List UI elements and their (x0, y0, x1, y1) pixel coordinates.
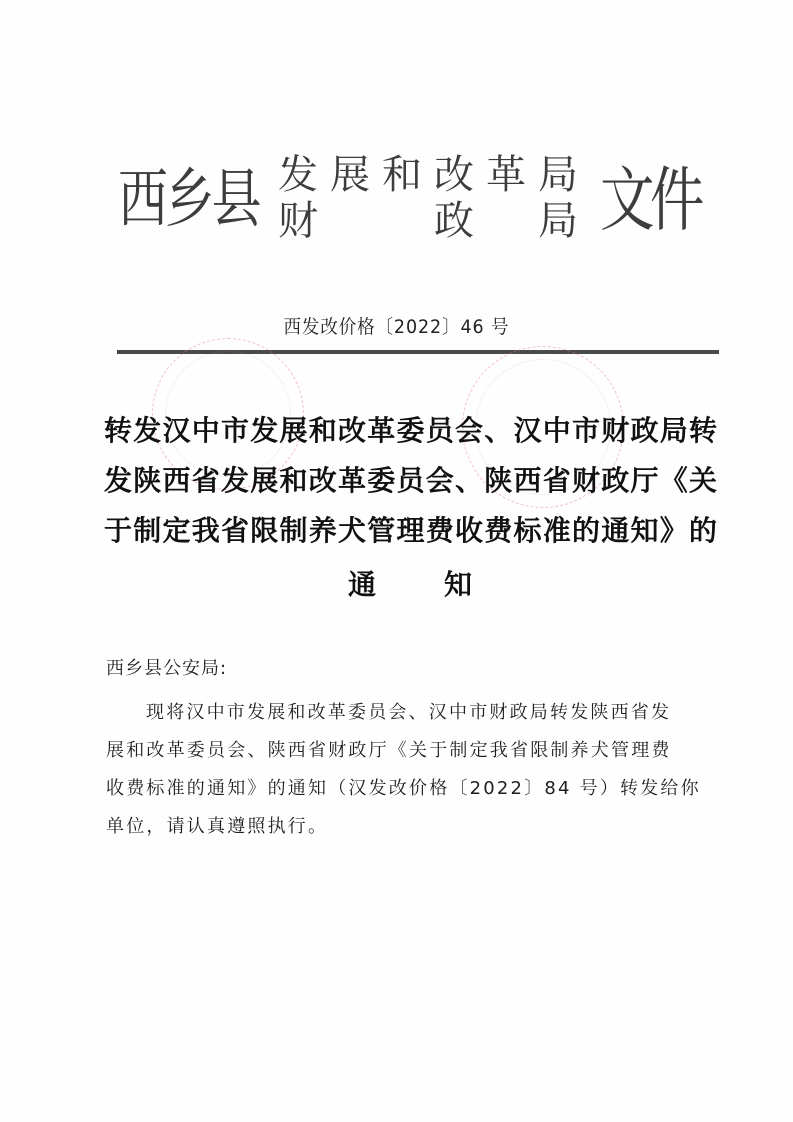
title-line: 于制定我省限制养犬管理费收费标准的通知》的 (104, 506, 716, 556)
masthead-county: 西乡县 (118, 160, 258, 240)
addressee: 西乡县公安局: (106, 650, 706, 688)
title-sub-char: 知 (444, 560, 472, 610)
masthead-separator-rule (117, 350, 719, 354)
masthead-char: 和 (382, 152, 422, 198)
masthead-row-finance: 财 政 局 (278, 198, 578, 244)
title-line: 转发汉中市发展和改革委员会、汉中市财政局转 (104, 406, 716, 456)
masthead-char: 政 (434, 198, 474, 244)
document-title: 转发汉中市发展和改革委员会、汉中市财政局转 发陕西省发展和改革委员会、陕西省财政… (104, 406, 716, 610)
title-sub-char: 通 (348, 560, 376, 610)
body-paragraph: 现将汉中市发展和改革委员会、汉中市财政局转发陕西省发 展和改革委员会、陕西省财政… (106, 694, 706, 846)
masthead-char: 革 (486, 152, 526, 198)
masthead-char: 局 (538, 152, 578, 198)
masthead-char (330, 198, 370, 244)
masthead-document-label: 文件 (600, 158, 700, 242)
document-number: 西发改价格〔2022〕46 号 (32, 312, 762, 339)
masthead: 西乡县 发 展 和 改 革 局 财 政 局 文件 (118, 152, 718, 252)
paragraph-line: 展和改革委员会、陕西省财政厅《关于制定我省限制养犬管理费 (106, 732, 706, 770)
title-line: 发陕西省发展和改革委员会、陕西省财政厅《关 (104, 456, 716, 506)
paragraph-line: 收费标准的通知》的通知（汉发改价格〔2022〕84 号）转发给你 (106, 770, 706, 808)
masthead-char: 局 (538, 198, 578, 244)
title-notice-label: 通 知 (104, 560, 716, 610)
paragraph-line: 单位，请认真遵照执行。 (106, 808, 706, 846)
masthead-char: 发 (278, 152, 318, 198)
masthead-char: 财 (278, 198, 318, 244)
document-page: 西乡县 发 展 和 改 革 局 财 政 局 文件 西发改价格〔2022〕46 号 (0, 0, 793, 1122)
masthead-char (382, 198, 422, 244)
masthead-char: 改 (434, 152, 474, 198)
document-body: 西乡县公安局: 现将汉中市发展和改革委员会、汉中市财政局转发陕西省发 展和改革委… (106, 650, 706, 846)
paragraph-line: 现将汉中市发展和改革委员会、汉中市财政局转发陕西省发 (106, 694, 706, 732)
masthead-row-development-reform: 发 展 和 改 革 局 (278, 152, 578, 198)
masthead-char (486, 198, 526, 244)
masthead-char: 展 (330, 152, 370, 198)
masthead-issuing-bureaus: 发 展 和 改 革 局 财 政 局 (278, 152, 578, 244)
